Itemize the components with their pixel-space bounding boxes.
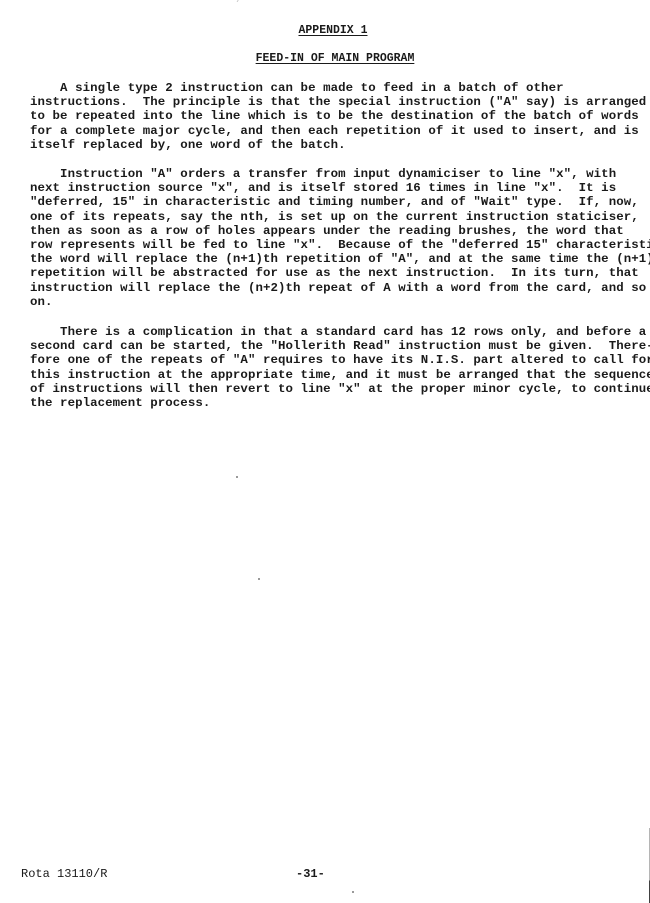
scan-mark: / ' — [236, 0, 262, 6]
page-number: -31- — [296, 867, 325, 881]
paragraph-instruction-a: Instruction "A" orders a transfer from i… — [30, 167, 650, 309]
scan-speck — [258, 578, 260, 580]
appendix-heading: APPENDIX 1 — [8, 24, 650, 37]
document-reference: Rota 13110/R — [21, 867, 107, 881]
section-title: FEED-IN OF MAIN PROGRAM — [10, 52, 650, 65]
scan-speck — [236, 476, 238, 478]
paragraph-complication: There is a complication in that a standa… — [30, 325, 650, 410]
document-page: / ' APPENDIX 1 FEED-IN OF MAIN PROGRAM A… — [0, 0, 650, 903]
scan-speck — [352, 891, 354, 893]
paragraph-principle: A single type 2 instruction can be made … — [30, 81, 650, 152]
